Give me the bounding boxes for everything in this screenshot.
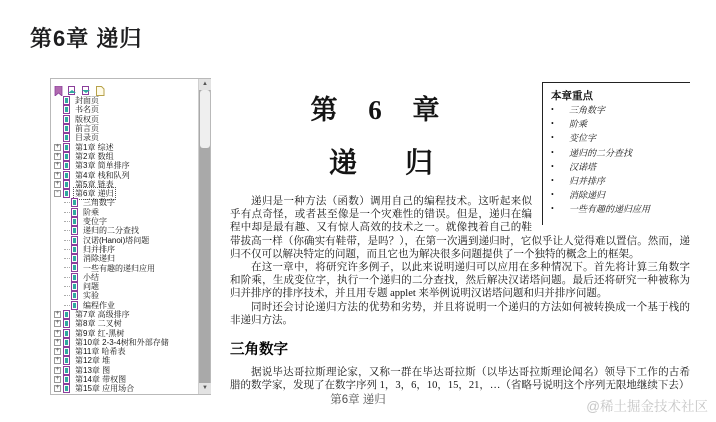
expand-toggle-icon[interactable]: + <box>54 339 61 346</box>
scroll-up-icon[interactable]: ▲ <box>199 79 211 90</box>
bookmark-icon <box>71 226 78 235</box>
tree-connector <box>64 258 70 259</box>
highlight-item: •汉诺塔 <box>551 160 686 174</box>
tree-connector <box>64 230 70 231</box>
bookmark-icon <box>71 198 78 207</box>
expand-toggle-icon[interactable]: + <box>54 311 61 318</box>
bookmark-icon <box>71 217 78 226</box>
watermark: @稀土掘金技术社区 <box>586 395 708 415</box>
bullet-icon: • <box>551 188 569 202</box>
paragraph: 在这一章中，将研究许多例子，以此来说明递归可以应用在多种情况下。首先将计算三角数… <box>230 261 690 301</box>
highlights-title: 本章重点 <box>551 88 686 103</box>
collapse-bookmark-icon[interactable] <box>82 83 91 93</box>
bookmark-icon <box>71 282 78 291</box>
paragraph: 同时还会讨论递归方法的优势和劣势，并且将说明一个递归的方法如何被转换成一个基于栈… <box>230 301 690 327</box>
bookmark-icon <box>63 189 70 198</box>
chapter-name-char-1: 递 <box>329 148 357 179</box>
bookmark-icon <box>71 263 78 272</box>
bookmark-item[interactable]: 三角数字 <box>51 198 198 207</box>
highlight-text: 变位字 <box>569 131 596 145</box>
page-title: 第6章 递归 <box>30 22 142 53</box>
bookmark-icon <box>63 96 70 105</box>
highlight-item: •阶乘 <box>551 117 686 131</box>
chapter-highlights-box: 本章重点 •三角数字•阶乘•变位字•递归的二分查找•汉诺塔•归并排序•消除递归•… <box>542 82 690 225</box>
expand-toggle-icon[interactable]: + <box>54 330 61 337</box>
highlight-item: •变位字 <box>551 131 686 145</box>
scrollbar-thumb[interactable] <box>200 90 210 148</box>
highlight-item: •归并排序 <box>551 174 686 188</box>
highlight-item: •消除递归 <box>551 188 686 202</box>
paragraph: 据说毕达哥拉斯理论家，又称一群在毕达哥拉斯（以毕达哥拉斯理论闻名）领导下工作的古… <box>230 366 690 392</box>
bookmark-icon <box>63 319 70 328</box>
bookmark-icon <box>63 152 70 161</box>
sidebar-scrollbar[interactable]: ▲ ▼ <box>198 79 210 394</box>
highlight-text: 归并排序 <box>569 174 605 188</box>
section-paragraphs: 据说毕达哥拉斯理论家，又称一群在毕达哥拉斯（以毕达哥拉斯理论闻名）领导下工作的古… <box>230 366 690 392</box>
bookmark-item[interactable]: 阶乘 <box>51 208 198 217</box>
highlight-text: 一些有趣的递归应用 <box>569 202 650 216</box>
highlight-item: •三角数字 <box>551 103 686 117</box>
expand-toggle-icon[interactable]: + <box>54 153 61 160</box>
expand-toggle-icon[interactable]: + <box>54 357 61 364</box>
bookmark-item[interactable]: 一些有趣的递归应用 <box>51 263 198 272</box>
bookmark-icon <box>63 310 70 319</box>
bookmark-icon <box>63 133 70 142</box>
tree-connector <box>64 286 70 287</box>
bookmark-icon <box>63 171 70 180</box>
highlight-text: 递归的二分查找 <box>569 146 632 160</box>
bookmark-item[interactable]: 实验 <box>51 291 198 300</box>
tree-connector <box>64 249 70 250</box>
bullet-icon: • <box>551 131 569 145</box>
chapter-name-char-2: 归 <box>405 148 433 179</box>
tree-connector <box>64 212 70 213</box>
tree-connector <box>64 240 70 241</box>
bookmark-icon <box>63 161 70 170</box>
bookmark-icon <box>63 115 70 124</box>
bookmark-icon <box>71 291 78 300</box>
section-heading: 三角数字 <box>230 338 690 359</box>
tree-connector <box>64 267 70 268</box>
tree-connector <box>64 221 70 222</box>
bookmark-icon <box>63 143 70 152</box>
bullet-icon: • <box>551 202 569 216</box>
bookmark-icon <box>63 366 70 375</box>
expand-toggle-icon[interactable]: + <box>54 376 61 383</box>
bookmark-panel-icon[interactable] <box>54 83 63 93</box>
bullet-icon: • <box>551 160 569 174</box>
bullet-icon: • <box>551 103 569 117</box>
bullet-icon: • <box>551 146 569 160</box>
expand-bookmark-icon[interactable] <box>68 83 77 93</box>
expand-toggle-icon[interactable]: + <box>54 181 61 188</box>
highlight-item: •递归的二分查找 <box>551 146 686 160</box>
highlight-text: 三角数字 <box>569 103 605 117</box>
bookmark-icon <box>63 356 70 365</box>
expand-toggle-icon[interactable]: + <box>54 162 61 169</box>
highlight-text: 汉诺塔 <box>569 160 596 174</box>
bookmark-icon <box>71 236 78 245</box>
new-bookmark-icon[interactable] <box>96 83 105 93</box>
highlight-item: •一些有趣的递归应用 <box>551 202 686 216</box>
bookmarks-toolbar <box>51 79 210 95</box>
bookmark-icon <box>71 208 78 217</box>
expand-toggle-icon[interactable]: + <box>54 144 61 151</box>
bookmark-icon <box>71 245 78 254</box>
expand-toggle-icon[interactable]: + <box>54 320 61 327</box>
highlight-text: 阶乘 <box>569 117 587 131</box>
bullet-icon: • <box>551 117 569 131</box>
bookmark-tree: 封面页书名页版权页前言页目录页+第1章 综述+第2章 数组+第3章 简单排序+第… <box>51 96 198 394</box>
document-page: 本章重点 •三角数字•阶乘•变位字•递归的二分查找•汉诺塔•归并排序•消除递归•… <box>215 70 716 395</box>
bookmark-icon <box>63 375 70 384</box>
bookmark-icon <box>71 254 78 263</box>
bookmark-icon <box>63 329 70 338</box>
expand-toggle-icon[interactable]: + <box>54 367 61 374</box>
bookmark-icon <box>71 301 78 310</box>
highlights-list: •三角数字•阶乘•变位字•递归的二分查找•汉诺塔•归并排序•消除递归•一些有趣的… <box>551 103 686 217</box>
bookmarks-panel: 封面页书名页版权页前言页目录页+第1章 综述+第2章 数组+第3章 简单排序+第… <box>50 78 211 395</box>
bullet-icon: • <box>551 174 569 188</box>
tree-connector <box>64 295 70 296</box>
expand-toggle-icon[interactable]: + <box>54 348 61 355</box>
bookmark-icon <box>63 180 70 189</box>
highlight-text: 消除递归 <box>569 188 605 202</box>
bookmark-icon <box>63 105 70 114</box>
tree-connector <box>64 277 70 278</box>
bookmark-icon <box>63 124 70 133</box>
bookmark-item[interactable]: 问题 <box>51 282 198 291</box>
bookmark-item[interactable]: -第6章 递归 <box>51 189 198 198</box>
bookmark-item[interactable]: 汉诺(Hanoi)塔问题 <box>51 235 198 244</box>
bookmark-icon <box>63 347 70 356</box>
tree-connector <box>64 305 70 306</box>
expand-toggle-icon[interactable]: + <box>54 172 61 179</box>
bookmark-icon <box>71 273 78 282</box>
bookmark-icon <box>63 338 70 347</box>
collapse-toggle-icon[interactable]: - <box>54 190 61 197</box>
tree-connector <box>64 202 70 203</box>
